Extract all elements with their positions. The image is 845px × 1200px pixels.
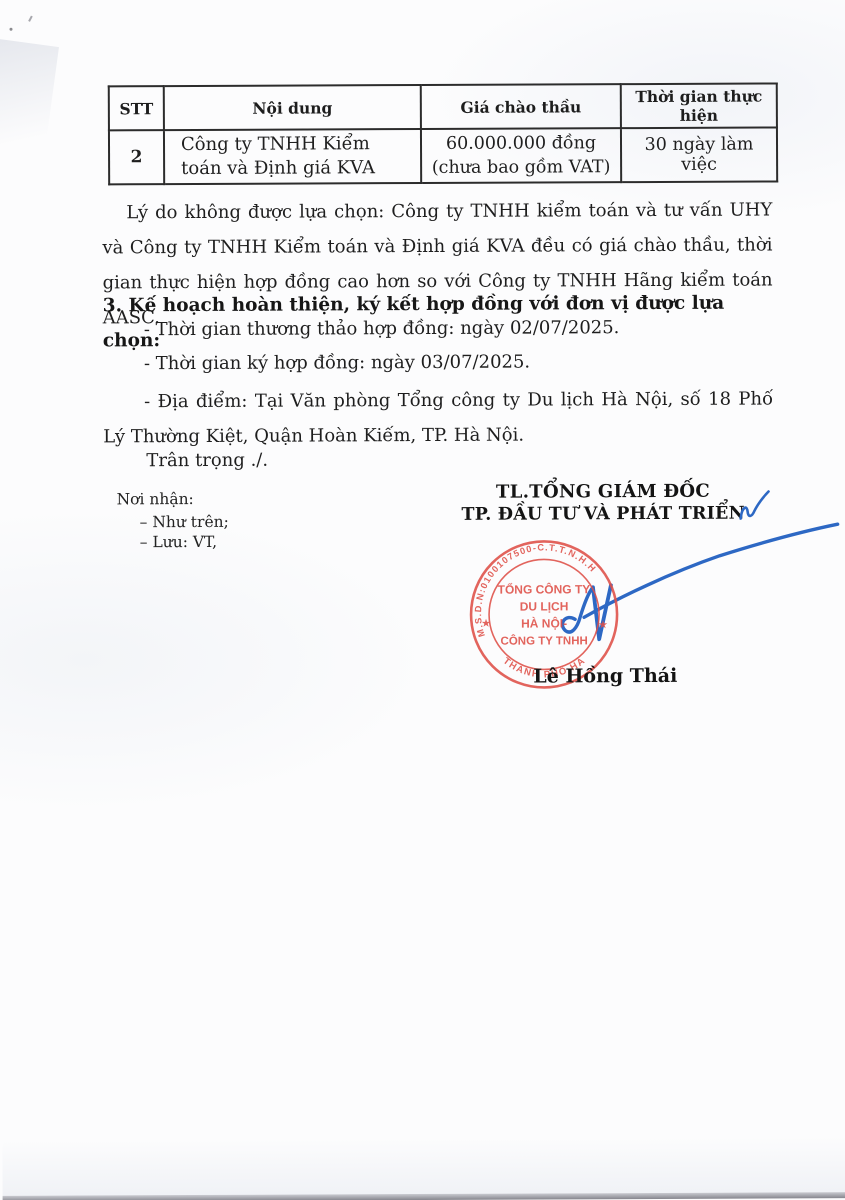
header-thoi-gian: Thời gian thực hiện — [621, 83, 777, 128]
stamp-star-left-icon: ★ — [481, 618, 491, 630]
recipient-item: – Lưu: VT, — [140, 532, 229, 552]
header-stt: STT — [109, 86, 164, 130]
cell-company-name: Công ty TNHH Kiểm toán và Định giá KVA — [164, 129, 421, 184]
scan-dot — [28, 16, 33, 22]
location-line: - Địa điểm: Tại Văn phòng Tổng công ty D… — [103, 381, 773, 454]
scan-smudge — [0, 38, 59, 186]
bid-comparison-table: STT Nội dung Giá chào thầu Thời gian thự… — [108, 82, 778, 185]
stamp-center-line2: DU LỊCH — [520, 599, 569, 613]
scan-shadow-band — [2, 1136, 845, 1196]
cell-bid-price: 60.000.000 đồng (chưa bao gồm VAT) — [421, 128, 621, 183]
cell-duration: 30 ngày làm việc — [621, 127, 777, 182]
stamp-center-line3: HÀ NỘI- — [521, 615, 567, 630]
recipient-item: – Như trên; — [140, 512, 229, 532]
header-noi-dung: Nội dung — [164, 85, 421, 130]
stamp-center-line1: TỔNG CÔNG TY — [498, 581, 591, 596]
signer-name: Lê Hồng Thái — [490, 665, 720, 688]
header-gia-chao-thau: Giá chào thầu — [421, 84, 621, 129]
table-row: 2 Công ty TNHH Kiểm toán và Định giá KVA… — [109, 127, 777, 184]
recipients-label: Nơi nhận: — [117, 490, 229, 508]
cell-stt: 2 — [109, 130, 164, 184]
signing-date-line: - Thời gian ký hợp đồng: ngày 03/07/2025… — [144, 352, 530, 375]
scan-dot — [9, 28, 12, 31]
closing-salutation: Trân trọng ./. — [146, 450, 268, 472]
stamp-star-right-icon: ★ — [598, 619, 608, 631]
table-header-row: STT Nội dung Giá chào thầu Thời gian thự… — [109, 83, 777, 130]
negotiation-date-line: - Thời gian thương thảo hợp đồng: ngày 0… — [144, 317, 620, 340]
document-page: STT Nội dung Giá chào thầu Thời gian thự… — [0, 0, 845, 1200]
signer-authority-line: TL.TỔNG GIÁM ĐỐC — [436, 480, 769, 502]
stamp-center-line4: CÔNG TY TNHH — [500, 634, 587, 647]
recipients-block: Nơi nhận: – Như trên; – Lưu: VT, — [117, 490, 229, 552]
